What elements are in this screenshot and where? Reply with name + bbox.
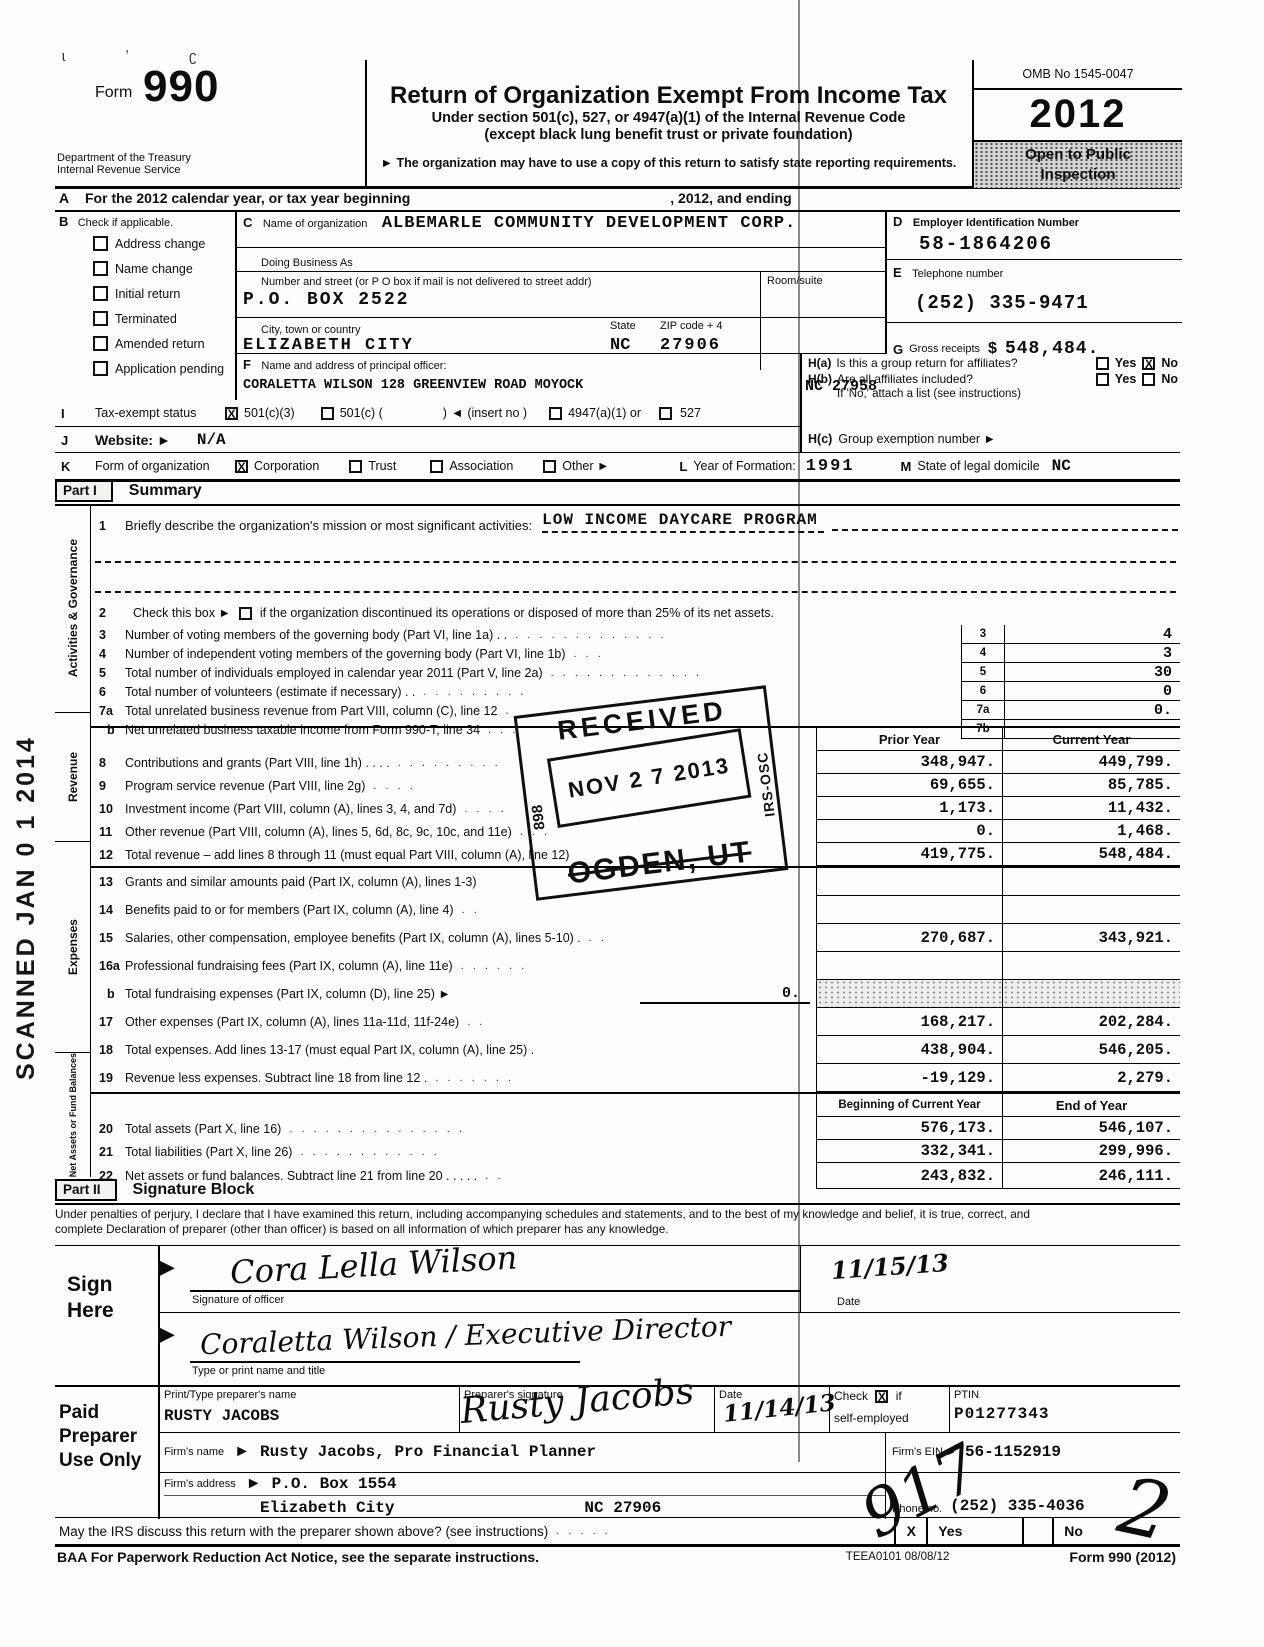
column-header-prior-year: Prior Year [816,728,1002,751]
form-990-scanned-page: ɩ ʼ ʗ Form 990 Department of the Treasur… [0,0,1264,1647]
open-to-public-stamp: Open to Public Inspection [974,142,1182,188]
tax-exempt-status-label: Tax-exempt status [95,406,225,420]
row-num: 3 [91,628,125,642]
section-h-block: H(a) Is this a group return for affiliat… [800,354,1182,400]
line-k-id: K [55,459,89,474]
section-b-check-applicable: B Check if applicable. Address change Na… [55,210,237,400]
expense-row-16b: b Total fundraising expenses (Part IX, c… [91,980,1180,1008]
dept-line1: Department of the Treasury [57,152,191,164]
tax-year: 2012 [974,90,1182,142]
section-e-id: E [893,265,902,280]
row-label: Contributions and grants (Part VIII, lin… [125,756,390,770]
firm-ein-value: 56-1152919 [965,1443,1061,1461]
line-a-tax-year: A For the 2012 calendar year, or tax yea… [55,186,1180,212]
rail-governance-label: Activities & Governance [66,539,80,677]
rail-expenses: Expenses [55,842,90,1053]
ha-yes-label: Yes [1115,356,1137,370]
current-year-value [1002,952,1180,980]
option-corporation: Corporation [254,459,319,473]
expenses-group: 13Grants and similar amounts paid (Part … [91,866,1180,1092]
checkbox-application-pending [93,361,108,376]
preparer-name-value: RUSTY JACOBS [164,1407,455,1425]
identification-block: B Check if applicable. Address change Na… [55,210,1180,400]
form-title-block: Return of Organization Exempt From Incom… [365,60,972,186]
prior-year-value [816,952,1002,980]
received-stamp-date: NOV 2 7 2013 [566,752,731,803]
preparer-row-1: Print/Type preparer's name RUSTY JACOBS … [160,1387,1180,1433]
phone-label: Telephone number [912,268,1003,280]
prior-year-value: 270,687. [816,924,1002,952]
label-address-change: Address change [115,237,205,251]
option-association: Association [449,459,513,473]
dot-leader: . . . . . . . . . . . . . . . [281,1123,816,1135]
row-num: 7a [91,704,125,718]
dot-leader: . . [581,932,816,944]
beginning-year-value: 332,341. [816,1140,1002,1163]
name-title-line [190,1361,580,1363]
line-i-id: I [55,406,89,421]
column-header-beginning-year: Beginning of Current Year [816,1094,1002,1117]
column-header-end-of-year: End of Year [1002,1094,1180,1117]
checkbox-association [430,460,443,473]
signature-line [190,1290,800,1292]
net-row-20: 20Total assets (Part X, line 16). . . . … [91,1117,1180,1140]
checkbox-527 [659,407,672,420]
signature-arrow-icon: ▶ [158,1321,175,1347]
section-c-organization: C Name of organization ALBEMARLE COMMUNI… [235,210,885,400]
column-header-current-year: Current Year [1002,728,1180,751]
shaded-cell [1002,980,1180,1008]
row-line-box: 6 [961,682,1005,701]
dot-leader: . . [454,904,816,916]
perjury-line-1: Under penalties of perjury, I declare th… [55,1207,1180,1222]
prior-year-value: 0. [816,820,1002,843]
omb-number: OMB No 1545-0047 [974,60,1182,90]
checkbox-corporation: X [235,460,248,473]
self-employed-checkmark: X [878,1390,886,1404]
expense-row-15: 15Salaries, other compensation, employee… [91,924,1180,952]
expense-row-18: 18Total expenses. Add lines 13-17 (must … [91,1036,1180,1064]
prior-year-value: 168,217. [816,1008,1002,1036]
option-4947a1: 4947(a)(1) or [568,406,641,420]
website-label: Website: ► [95,432,171,448]
scanned-date-stamp: SCANNED JAN 0 1 2014 [12,718,41,1098]
rail-net-assets-label: Net Assets or Fund Balances [68,1053,78,1177]
firm-address-value: P.O. Box 1554 [272,1475,397,1493]
current-year-value: 546,205. [1002,1036,1180,1064]
treasury-dept-label: Department of the Treasury Internal Reve… [57,152,191,176]
ha-yes-checkbox [1096,357,1109,370]
option-other: Other ► [562,459,609,473]
option-trust: Trust [368,459,396,473]
line-j-website: J Website: ► N/A [55,427,800,453]
row-label: Total unrelated business revenue from Pa… [125,704,497,718]
part-2-title: Signature Block [133,1181,255,1199]
row-num: b [91,987,125,1001]
current-year-value: 548,484. [1002,843,1180,866]
row-label: Other expenses (Part IX, column (A), lin… [125,1015,459,1029]
principal-officer-value: CORALETTA WILSON 128 GREENVIEW ROAD MOYO… [243,378,583,395]
org-name-value: ALBEMARLE COMMUNITY DEVELOPMENT CORP. [382,214,796,233]
checkbox-initial-return [93,286,108,301]
label-initial-return: Initial return [115,287,180,301]
line-a-text2: , 2012, and ending [670,190,791,206]
row-label: Number of independent voting members of … [125,647,566,661]
hb-no-checkbox [1142,373,1155,386]
row-label: Total expenses. Add lines 13-17 (must eq… [125,1043,534,1057]
hb-id: H(b) [808,372,832,386]
row-label: Total assets (Part X, line 16) [125,1122,281,1136]
street-value: P.O. BOX 2522 [243,290,409,310]
hb-note: If 'No,' attach a list (see instructions… [837,388,1021,400]
checkbox-address-change [93,236,108,251]
firm-address-label: Firm's address [164,1478,236,1490]
prior-year-value: 438,904. [816,1036,1002,1064]
row-num: 11 [91,825,125,839]
prior-year-value: 348,947. [816,751,1002,774]
row-label: Program service revenue (Part VIII, line… [125,779,365,793]
checkbox-discontinued [239,607,252,620]
summary-row-6: 6 Total number of volunteers (estimate i… [91,682,1180,701]
state-label: State [610,320,636,332]
website-value: N/A [197,431,226,449]
state-value: NC [610,336,630,355]
label-application-pending: Application pending [115,362,224,376]
row-num: 8 [91,756,125,770]
row-num: 17 [91,1015,125,1029]
label-name-change: Name change [115,262,193,276]
dot-leader: . . . [566,648,961,660]
footer-row: BAA For Paperwork Reduction Act Notice, … [55,1543,1180,1570]
dept-line2: Internal Revenue Service [57,164,191,176]
part-2-header-bar: Part II Signature Block [55,1177,1180,1205]
hb-yes-label: Yes [1115,372,1137,386]
section-b-label: Check if applicable. [78,217,173,229]
dot-leader: . . . . . . . [427,1072,816,1084]
self-employed-label: self-employed [834,1411,945,1425]
governance-group: 1 Briefly describe the organization's mi… [91,504,1180,726]
org-name-label: Name of organization [263,218,368,230]
ptin-label: PTIN [954,1389,1176,1401]
irs-received-stamp: RECEIVED 898 IRS-OSC NOV 2 7 2013 OGDEN,… [514,685,789,901]
may-discuss-no-checkbox [1024,1518,1054,1544]
row-line-box: 7a [961,701,1005,720]
prior-year-value: 1,173. [816,797,1002,820]
form-header: Form 990 Department of the Treasury Inte… [55,60,1180,189]
row-num: 6 [91,685,125,699]
ein-label: Employer Identification Number [913,217,1079,229]
paid-preparer-label: Paid Preparer Use Only [55,1387,160,1519]
legal-domicile-label: State of legal domicile [917,459,1039,473]
line-a-text: For the 2012 calendar year, or tax year … [85,190,410,206]
insert-no-arrow-icon: ◄ [451,406,463,420]
row-value: 0 [1005,682,1180,701]
row-label: Total revenue – add lines 8 through 11 (… [125,848,569,862]
rail-revenue: Revenue [55,713,90,842]
row-num: 9 [91,779,125,793]
shaded-cell [816,980,1002,1008]
zip-value: 27906 [660,336,721,355]
current-year-value [1002,896,1180,924]
street-label: Number and street (or P O box if mail is… [243,276,592,288]
city-label: City, town or country [243,324,360,336]
checkbox-trust [349,460,362,473]
mission-dash-line-1 [95,533,1176,563]
line-j-id: J [55,433,89,448]
prior-year-value: 69,655. [816,774,1002,797]
ha-no-checkbox: X [1142,357,1155,370]
row-line-box: 5 [961,663,1005,682]
expense-row-14: 14Benefits paid to or for members (Part … [91,896,1180,924]
row-label: Total number of volunteers (estimate if … [125,685,415,699]
mission-dash-line-2 [95,563,1176,593]
mission-label: Briefly describe the organization's miss… [125,518,532,533]
firm-state-zip-value: NC 27906 [584,1499,661,1517]
form-number: 990 [143,62,219,112]
current-year-value: 1,468. [1002,820,1180,843]
line-2-pre: Check this box ► [133,606,231,620]
firm-name-value: Rusty Jacobs, Pro Financial Planner [260,1443,596,1461]
hb-no-label: No [1161,372,1178,386]
open-public-line1: Open to Public [974,145,1182,165]
row-num: 12 [91,848,125,862]
open-public-line2: Inspection [974,165,1182,185]
option-501c-close: ) [443,406,447,420]
sign-here-label: Sign Here [55,1246,160,1386]
section-b-id: B [59,214,68,229]
rail-net-assets: Net Assets or Fund Balances [55,1053,90,1177]
form-subtitle-1: Under section 501(c), 527, or 4947(a)(1)… [365,110,972,127]
preparer-name-label: Print/Type preparer's name [164,1389,455,1401]
row-num: 16a [91,959,125,973]
prior-year-value: 419,775. [816,843,1002,866]
prior-year-value: -19,129. [816,1064,1002,1092]
hc-id: H(c) [808,432,832,446]
row-line-box: 4 [961,644,1005,663]
ha-no-checkmark: X [1145,357,1153,371]
row-label: Number of voting members of the governin… [125,628,507,642]
checkbox-other [543,460,556,473]
hc-label: Group exemption number ► [838,432,996,446]
line-m-id: M [901,459,912,474]
option-501c3: 501(c)(3) [244,406,295,420]
check-label: Check [834,1389,868,1403]
current-year-value: 449,799. [1002,751,1180,774]
omb-year-block: OMB No 1545-0047 2012 Open to Public Ins… [972,60,1182,186]
city-value: ELIZABETH CITY [243,336,414,355]
current-year-value: 202,284. [1002,1008,1180,1036]
row-label: Professional fundraising fees (Part IX, … [125,959,453,973]
row-label: Benefits paid to or for members (Part IX… [125,903,454,917]
row-label: Salaries, other compensation, employee b… [125,931,581,945]
option-501c-open: 501(c) ( [340,406,383,420]
row-value: 30 [1005,663,1180,682]
firm-address-arrow-icon: ► [246,1475,262,1493]
rail-activities-governance: Activities & Governance [55,504,90,713]
row-label: Investment income (Part VIII, column (A)… [125,802,456,816]
rail-revenue-label: Revenue [66,752,80,802]
line-2-post: if the organization discontinued its ope… [260,606,774,620]
hb-yes-checkbox [1096,373,1109,386]
principal-officer-label: Name and address of principal officer: [261,360,446,372]
end-of-year-value: 299,996. [1002,1140,1180,1163]
ha-label: Is this a group return for affiliates? [836,356,1017,370]
officer-name-title-handwriting: Coraletta Wilson / Executive Director [200,1309,732,1361]
section-f-id: F [243,357,251,372]
prior-year-value [816,868,1002,896]
row-num: 20 [91,1122,125,1136]
form-of-org-label: Form of organization [95,459,235,473]
perjury-statement: Under penalties of perjury, I declare th… [55,1203,1180,1245]
ha-id: H(a) [808,356,831,370]
expense-row-19: 19Revenue less expenses. Subtract line 1… [91,1064,1180,1092]
year-formation-label: Year of Formation: [693,459,795,473]
section-d-id: D [893,214,902,229]
zip-label: ZIP code + 4 [660,320,722,332]
state-reporting-note: ► The organization may have to use a cop… [365,156,972,170]
row-line-box: 3 [961,625,1005,644]
signature-arrow-icon: ▶ [158,1254,175,1280]
line-a-id: A [55,190,85,206]
part-2-label: Part II [55,1179,117,1201]
firm-city-value: Elizabeth City [260,1499,394,1517]
dot-leader: . . . . . . . . . . . . . [507,629,961,641]
dot-leader: . . . . . . . . . . . . . [543,667,961,679]
firm-name-label: Firm's name [164,1446,224,1458]
summary-row-3: 3 Number of voting members of the govern… [91,625,1180,644]
line-i-tax-exempt-status: I Tax-exempt status X 501(c)(3) 501(c) (… [55,400,800,427]
row-value: 3 [1005,644,1180,663]
form-word: Form [95,84,132,102]
part-1-header-bar: Part I Summary [55,478,1180,506]
current-year-value: 343,921. [1002,924,1180,952]
dot-leader: . . . . . . [453,960,816,972]
officer-date-handwriting: 11/15/13 [830,1248,949,1285]
row-num: 21 [91,1145,125,1159]
rail-expenses-label: Expenses [66,919,80,975]
row-label: Total liabilities (Part X, line 26) [125,1145,292,1159]
option-527: 527 [680,406,701,420]
dot-leader: . . [459,1016,816,1028]
officer-signature-row: ▶ Cora Lella Wilson Signature of officer… [160,1246,1180,1313]
part-1-title: Summary [129,482,202,500]
ein-value: 58-1864206 [893,231,1182,255]
year-formation-value: 1991 [806,457,855,476]
checkbox-name-change [93,261,108,276]
section-deg-column: D Employer Identification Number 58-1864… [885,210,1182,354]
row-label: Other revenue (Part VIII, column (A), li… [125,825,512,839]
form-subtitle-2: (except black lung benefit trust or priv… [365,127,972,144]
self-employed-checkbox: X [875,1390,888,1403]
ptin-value: P01277343 [954,1405,1176,1423]
form-title: Return of Organization Exempt From Incom… [365,82,972,110]
line-2-num: 2 [91,606,125,620]
teea-code: TEEA0101 08/08/12 [846,1551,950,1563]
expense-row-17: 17Other expenses (Part IX, column (A), l… [91,1008,1180,1036]
checkbox-terminated [93,311,108,326]
checkbox-501c [321,407,334,420]
prior-year-value [816,896,1002,924]
fundraising-expenses-value: 0. [640,985,810,1004]
row-num: 19 [91,1071,125,1085]
row-num: 13 [91,875,125,889]
phone-value: (252) 335-9471 [893,282,1182,314]
preparer-row-2: Firm's name ► Rusty Jacobs, Pro Financia… [160,1433,1180,1473]
sign-here-block: Sign Here ▶ Cora Lella Wilson Signature … [55,1245,1180,1386]
perjury-line-2: complete Declaration of preparer (other … [55,1222,1180,1237]
expense-row-16a: 16aProfessional fundraising fees (Part I… [91,952,1180,980]
current-year-value [1002,868,1180,896]
date-label: Date [837,1296,860,1308]
row-num: 18 [91,1043,125,1057]
legal-domicile-value: NC [1052,457,1071,475]
line-1-num: 1 [91,519,125,533]
summary-row-4: 4 Number of independent voting members o… [91,644,1180,663]
current-year-value: 2,279. [1002,1064,1180,1092]
dot-leader: . . . . . . . . . . . . [292,1146,816,1158]
label-amended-return: Amended return [115,337,205,351]
section-c-id: C [243,215,252,230]
left-rail: Activities & Governance Revenue Expenses… [55,504,91,1177]
preparer-row-3: Firm's address ► P.O. Box 1554 Elizabeth… [160,1473,1180,1519]
dot-leader: . . . . . [548,1525,894,1537]
current-year-value: 85,785. [1002,774,1180,797]
net-assets-group: Beginning of Current Year End of Year 20… [91,1092,1180,1189]
firm-name-arrow-icon: ► [234,1443,250,1461]
checkbox-501c3: X [225,407,238,420]
end-of-year-value: 546,107. [1002,1117,1180,1140]
summary-row-5: 5 Total number of individuals employed i… [91,663,1180,682]
officer-signature-handwriting: Cora Lella Wilson [229,1239,518,1292]
checkbox-amended-return [93,336,108,351]
row-label: Total fundraising expenses (Part IX, col… [125,987,451,1001]
row-value: 4 [1005,625,1180,644]
paid-preparer-block: Paid Preparer Use Only Print/Type prepar… [55,1385,1180,1519]
row-label: Revenue less expenses. Subtract line 18 … [125,1071,427,1085]
current-year-value: 11,432. [1002,797,1180,820]
room-suite-label: Room/suite [767,275,823,287]
row-num: 14 [91,903,125,917]
option-insert-no: (insert no ) [467,406,527,420]
ha-no-label: No [1161,356,1178,370]
officer-date-cell: 11/15/13 Date [800,1246,1001,1312]
line-l-id: L [679,459,687,474]
type-print-name-label: Type or print name and title [192,1365,325,1377]
rows-i-j: I Tax-exempt status X 501(c)(3) 501(c) (… [55,400,1180,452]
row-num: 4 [91,647,125,661]
signature-of-officer-label: Signature of officer [192,1294,284,1306]
row-num: 5 [91,666,125,680]
mission-value: LOW INCOME DAYCARE PROGRAM [542,511,824,533]
row-value: 0. [1005,701,1180,720]
row-label: Total number of individuals employed in … [125,666,543,680]
form-number-box: Form 990 Department of the Treasury Inte… [55,60,367,186]
checkmark-corporation: X [237,460,245,474]
dba-label: Doing Business As [243,257,353,269]
may-discuss-label: May the IRS discuss this return with the… [55,1524,548,1539]
label-terminated: Terminated [115,312,177,326]
mission-dash-fill [832,509,1178,531]
checkmark-501c3: X [227,407,235,421]
hb-label: Are all affiliates included? [837,372,973,386]
baa-notice: BAA For Paperwork Reduction Act Notice, … [55,1549,539,1565]
beginning-year-value: 576,173. [816,1117,1002,1140]
checkbox-4947a1 [549,407,562,420]
row-num: 10 [91,802,125,816]
check-if-label: if [896,1389,902,1403]
part-1-label: Part I [55,480,113,502]
row-label: Grants and similar amounts paid (Part IX… [125,875,477,889]
